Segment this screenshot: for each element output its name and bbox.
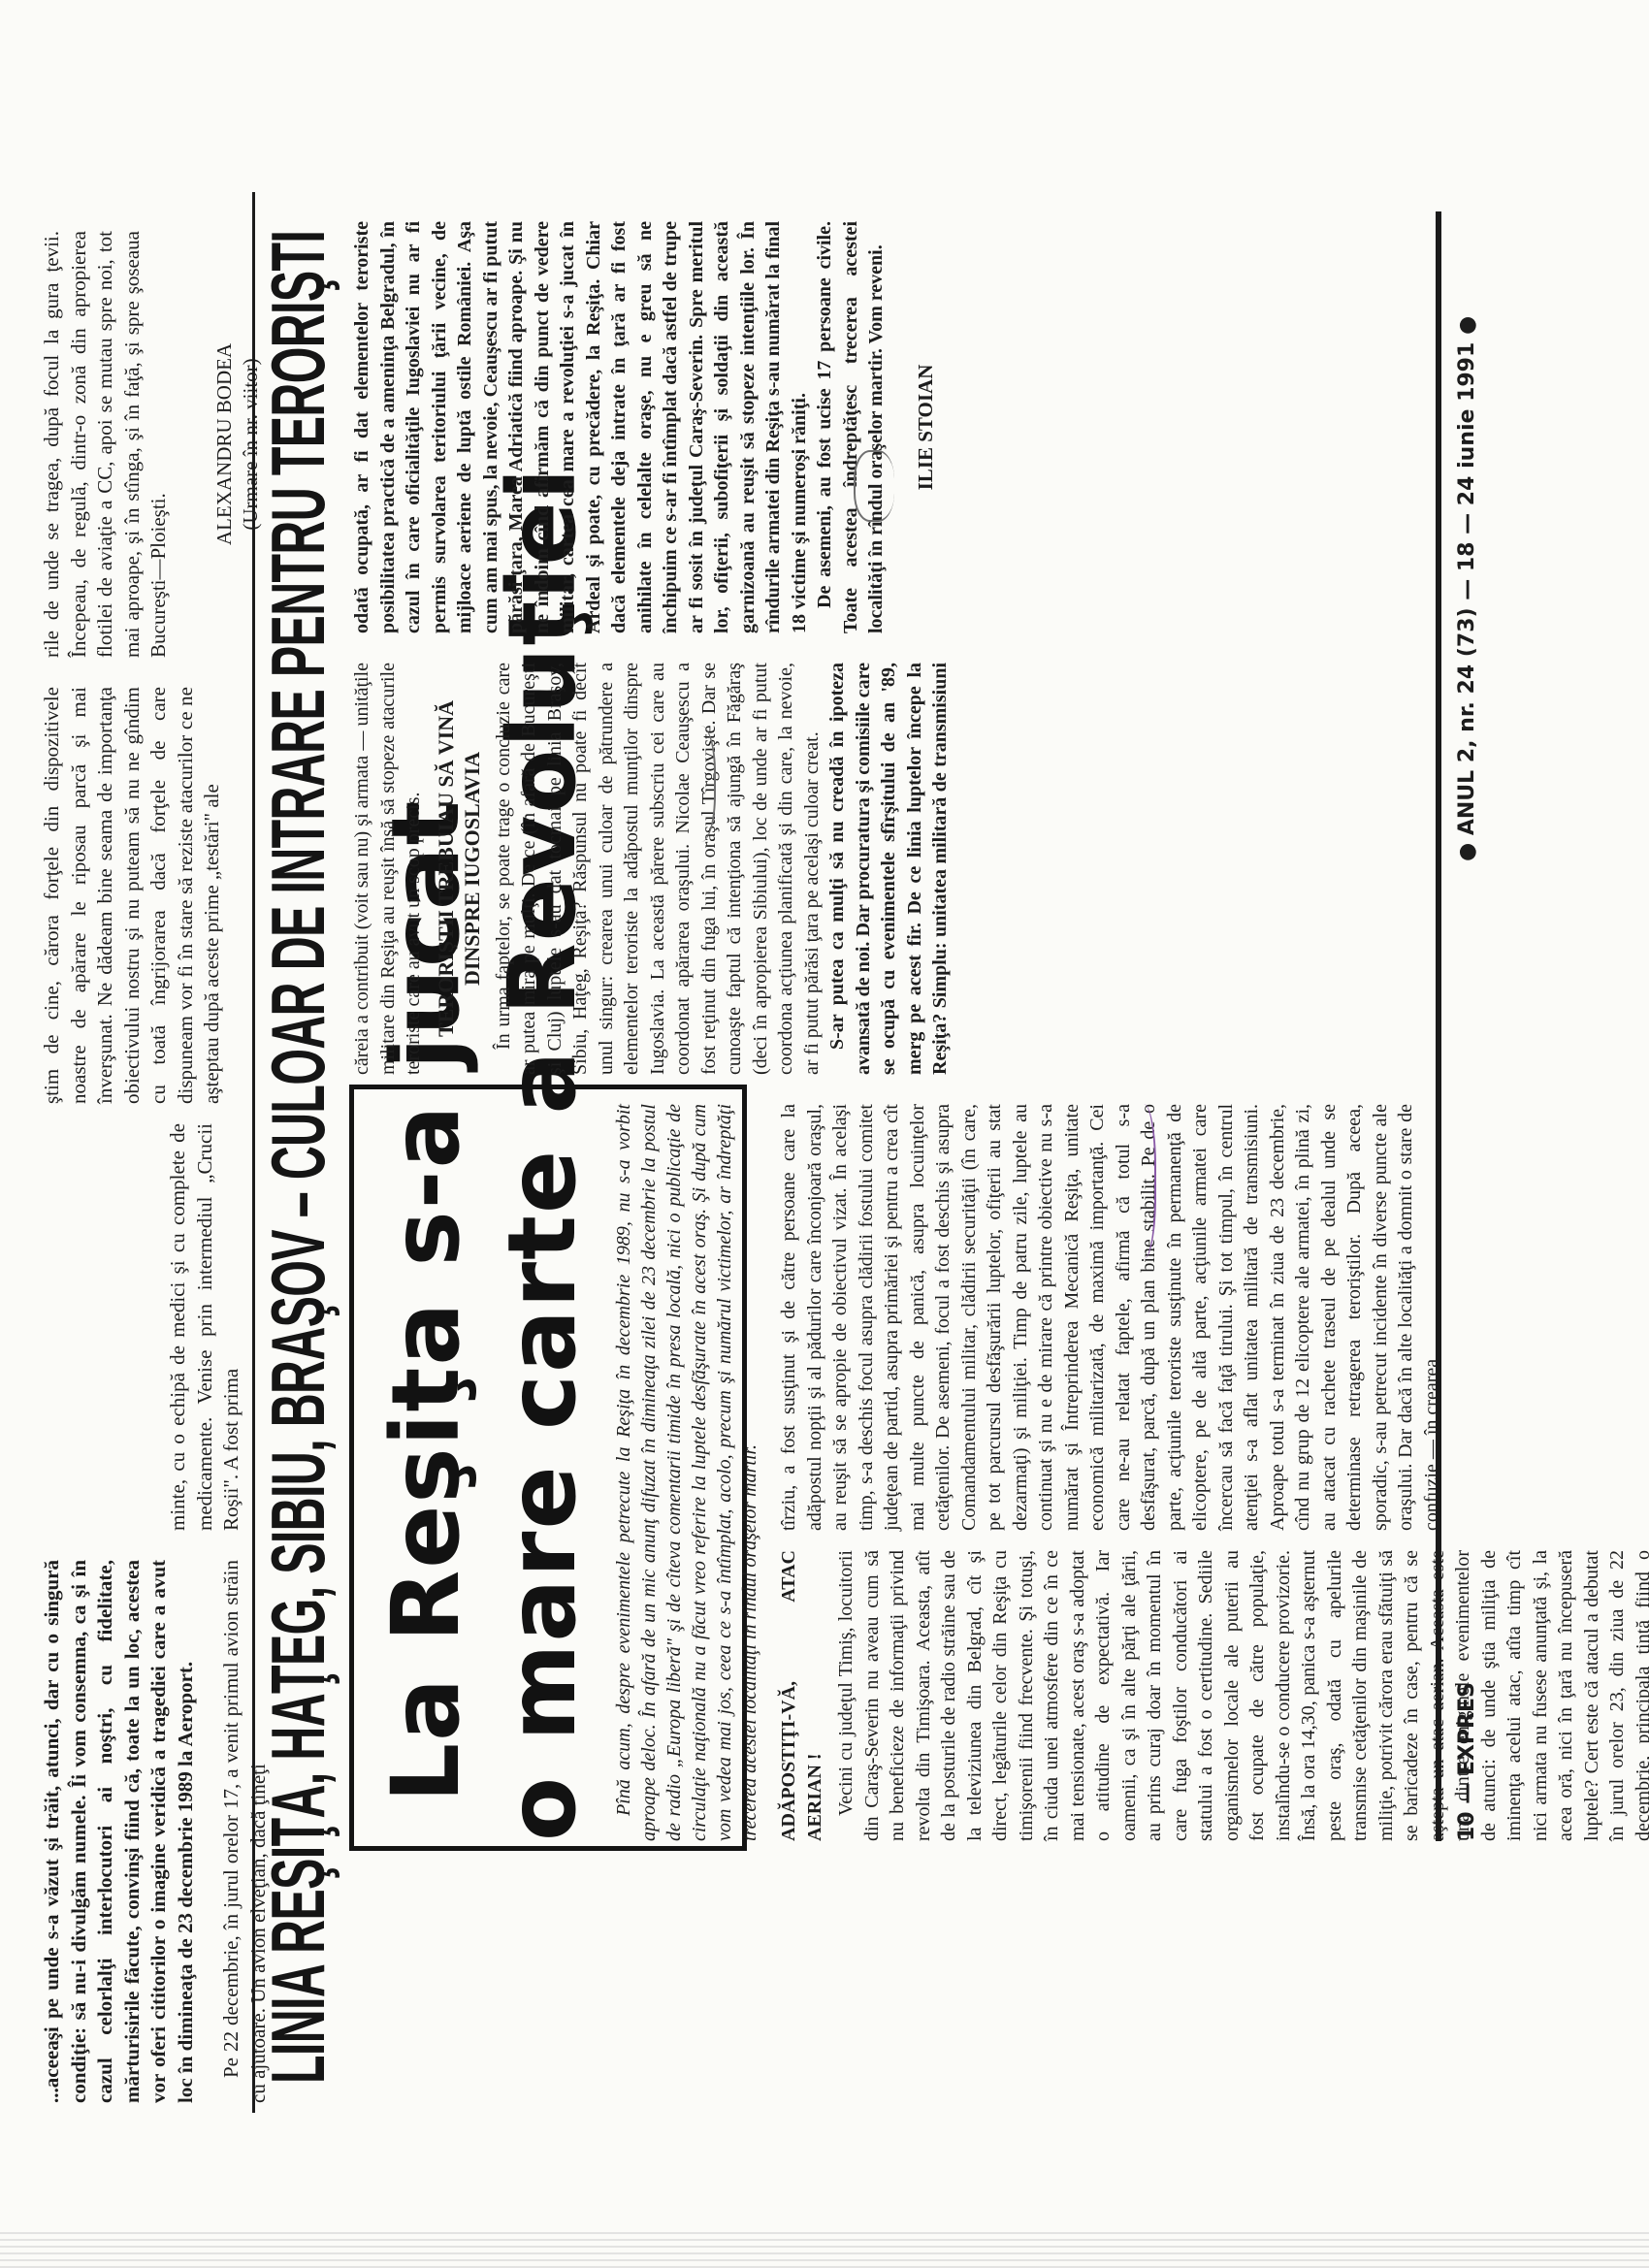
newspaper-page: ...aceeaşi pe unde s-a văzut şi trăit, a…	[0, 0, 1649, 2268]
main-headline: LINIA REŞIŢA, HAŢEG, SIBIU, BRAŞOV – CUL…	[254, 231, 342, 2084]
pen-mark	[679, 726, 716, 842]
feature-intro: Pînă acum, despre evenimentele petrecute…	[611, 1104, 762, 1841]
terrorists-subhead-2: DINSPRE IUGOSLAVIA	[459, 663, 485, 1075]
terrorists-intro: căreia a contribuit (voit sau nu) şi arm…	[349, 663, 427, 1075]
terrorists-paragraph-1: În urma faptelor, se poate trage o concl…	[491, 663, 825, 1075]
pen-mark	[854, 450, 894, 522]
prev-article-paragraph: rile de unde se tragea, după focul la gu…	[39, 231, 173, 658]
prev-article-paragraph: ...aceeaşi pe unde s-a văzut şi trăit, a…	[39, 1560, 199, 2103]
prev-article-paragraph: minte, cu o echipă de medici şi cu compl…	[165, 1123, 245, 1531]
air-raid-text: Vecini cu judeţul Timiş, locuitorii din …	[833, 1550, 1649, 1841]
terrorists-subhead-1: TERORIŞTII TREBUIAU SĂ VINĂ	[433, 663, 459, 1075]
terrorists-paragraph-3: De asemeni, au fost ucise 17 persoane ci…	[812, 221, 889, 633]
prev-article-paragraph: ştim de cine, cărora forţele din dispozi…	[39, 687, 226, 1104]
air-raid-subhead: ADĂPOSTIŢI-VĂ, ATAC AERIAN !	[776, 1550, 827, 1841]
middle-text: tîrziu, a fost susţinut şi de către pers…	[776, 1104, 1444, 1531]
middle-column: tîrziu, a fost susţinut şi de către pers…	[776, 1104, 1444, 1531]
pen-mark	[1125, 1104, 1156, 1259]
prev-article-author: ALEXANDRU BODEA	[211, 231, 238, 658]
terrorists-author: ILIE STOIAN	[913, 221, 939, 633]
prev-article-col-2: minte, cu o echipă de medici şi cu compl…	[165, 1123, 245, 1531]
footer-page-number: 10 — EXPRES	[1455, 1682, 1479, 1841]
scan-edge-noise	[0, 2229, 1649, 2268]
prev-article-col-4: rile de unde se tragea, după focul la gu…	[39, 231, 264, 658]
feature-intro-text: Pînă acum, despre evenimentele petrecute…	[611, 1104, 762, 1841]
terrorists-column: căreia a contribuit (voit sau nu) şi arm…	[349, 221, 954, 1075]
prev-article-col-1: ...aceeaşi pe unde s-a văzut şi trăit, a…	[39, 1560, 272, 2103]
footer-issue-info: ● ANUL 2, nr. 24 (73) — 18 — 24 iunie 19…	[1455, 316, 1479, 861]
footer-rule	[1436, 211, 1441, 1841]
air-raid-column: ADĂPOSTIŢI-VĂ, ATAC AERIAN ! Vecini cu j…	[776, 1550, 1649, 1841]
prev-article-col-3: ştim de cine, cărora forţele din dispozi…	[39, 687, 226, 1104]
